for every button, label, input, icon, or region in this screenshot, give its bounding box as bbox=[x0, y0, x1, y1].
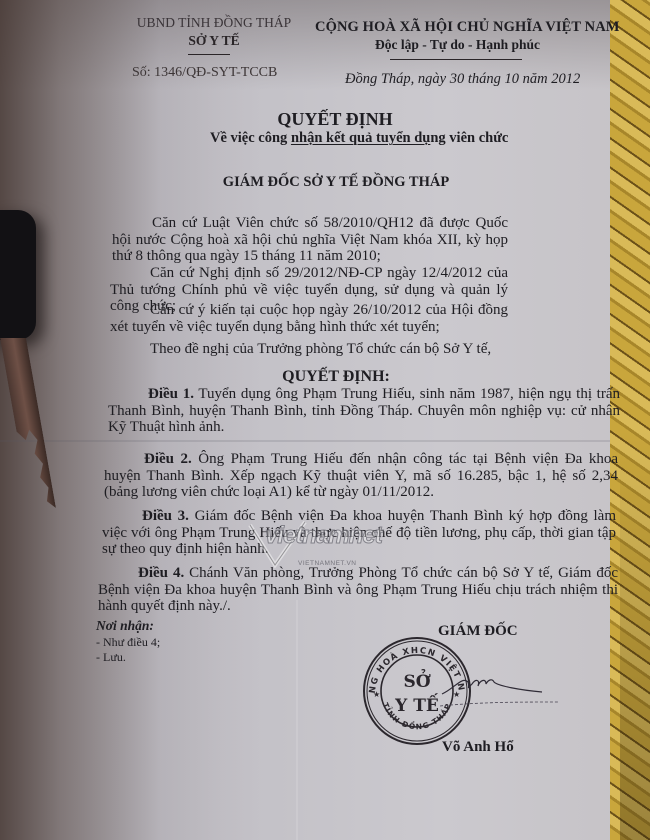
signer-name: Võ Anh Hổ bbox=[442, 740, 514, 755]
preamble-paragraph: Theo đề nghị của Trưởng phòng Tổ chức cá… bbox=[150, 342, 491, 357]
wicker-shadow bbox=[620, 430, 650, 840]
preamble-paragraph: Căn cứ ý kiến tại cuộc họp ngày 26/10/20… bbox=[110, 302, 508, 335]
agency-parent: UBND TỈNH ĐỒNG THÁP bbox=[130, 16, 298, 30]
subtitle-underlined: nhận kết quả tuyển dụ bbox=[291, 130, 430, 146]
paper-fold-vertical bbox=[296, 600, 298, 840]
national-title: CỘNG HOÀ XÃ HỘI CHỦ NGHĨA VIỆT NAM bbox=[315, 20, 620, 35]
agency-name: SỞ Y TẾ bbox=[130, 34, 298, 48]
watermark-brand: vietnamnet bbox=[265, 522, 382, 550]
signature-icon bbox=[440, 668, 560, 708]
article-label: Điều 3. bbox=[142, 508, 189, 524]
article-label: Điều 1. bbox=[148, 386, 194, 402]
paper-fold bbox=[0, 440, 632, 442]
preamble-paragraph: Căn cứ Luật Viên chức số 58/2010/QH12 đã… bbox=[112, 215, 508, 265]
issuer-heading: GIÁM ĐỐC SỞ Y TẾ ĐỒNG THÁP bbox=[0, 175, 632, 190]
recipients-heading: Nơi nhận: bbox=[96, 619, 154, 633]
national-motto: Độc lập - Tự do - Hạnh phúc bbox=[375, 38, 540, 52]
document-date: Đồng Tháp, ngày 30 tháng 10 năm 2012 bbox=[345, 72, 580, 87]
document-title: QUYẾT ĐỊNH bbox=[0, 110, 632, 128]
article-1: Điều 1. Tuyển dụng ông Phạm Trung Hiếu, … bbox=[108, 386, 620, 436]
document-number: Số: 1346/QĐ-SYT-TCCB bbox=[132, 66, 277, 80]
recipient-item: - Lưu. bbox=[96, 651, 126, 663]
recipient-item: - Như điều 4; bbox=[96, 636, 160, 648]
car-key-icon bbox=[0, 210, 36, 340]
header-left-divider bbox=[188, 54, 230, 55]
decision-heading: QUYẾT ĐỊNH: bbox=[0, 369, 632, 385]
stamp-center-2: Y TẾ bbox=[394, 693, 439, 716]
preamble-text: Căn cứ Luật Viên chức số 58/2010/QH12 đã… bbox=[112, 215, 508, 264]
article-4: Điều 4. Chánh Văn phòng, Trưởng Phòng Tổ… bbox=[98, 565, 618, 615]
article-2: Điều 2. Ông Phạm Trung Hiếu đến nhận côn… bbox=[104, 451, 618, 501]
subtitle-post: ng viên chức bbox=[430, 130, 508, 146]
article-label: Điều 2. bbox=[144, 451, 192, 467]
subtitle-pre: Về việc công bbox=[210, 130, 291, 146]
header-right-divider bbox=[390, 59, 522, 60]
stamp-center-1: SỞ bbox=[403, 669, 430, 692]
document-subtitle: Về việc công nhận kết quả tuyển dụng viê… bbox=[210, 131, 508, 146]
preamble-text: Căn cứ ý kiến tại cuộc họp ngày 26/10/20… bbox=[110, 302, 508, 335]
svg-text:★: ★ bbox=[373, 690, 380, 699]
watermark-url: VIETNAMNET.VN bbox=[298, 560, 357, 567]
article-label: Điều 4. bbox=[138, 565, 184, 581]
